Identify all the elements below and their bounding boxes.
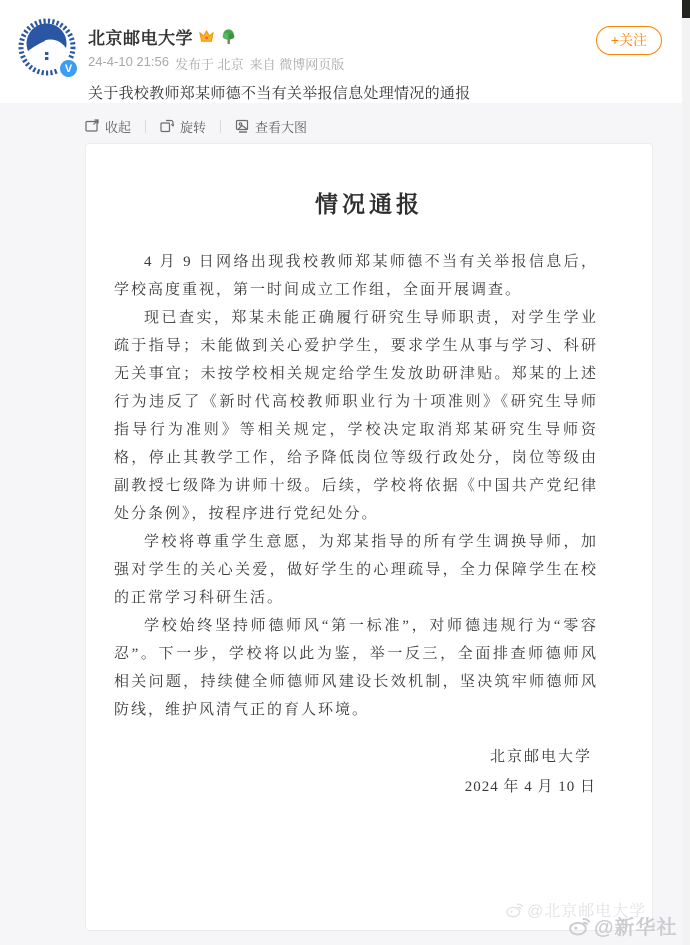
notice-signature: 北京邮电大学 <box>114 742 598 772</box>
notice-paragraph: 学校始终坚持师德师风“第一标准”，对师德违规行为“零容忍”。下一步，学校将以此为… <box>114 612 598 724</box>
verified-badge: V <box>58 58 79 79</box>
view-large-icon <box>235 119 249 133</box>
image-toolbar: 收起 旋转 查看大图 <box>85 114 307 138</box>
collapse-label: 收起 <box>105 117 131 136</box>
watermark-text: @新华社 <box>594 911 678 940</box>
post-header: V 北京邮电大学 24-4-10 21:56 发布于 北京 来自 微博网页版 +… <box>0 0 682 103</box>
notice-body: 4 月 9 日网络出现我校教师郑某师德不当有关举报信息后，学校高度重视，第一时间… <box>86 248 652 802</box>
rotate-icon <box>160 119 174 133</box>
scrollbar[interactable] <box>682 0 690 945</box>
notice-document: 情况通报 4 月 9 日网络出现我校教师郑某师德不当有关举报信息后，学校高度重视… <box>86 144 652 802</box>
notice-title: 情况通报 <box>86 190 652 220</box>
notice-paragraph: 现已查实，郑某未能正确履行研究生导师职责，对学生学业疏于指导；未能做到关心爱护学… <box>114 304 598 528</box>
rotate-button[interactable]: 旋转 <box>160 117 206 136</box>
view-large-button[interactable]: 查看大图 <box>235 117 307 136</box>
follow-button[interactable]: +关注 <box>596 26 662 55</box>
source[interactable]: 来自 微博网页版 <box>250 54 345 73</box>
notice-paragraph: 4 月 9 日网络出现我校教师郑某师德不当有关举报信息后，学校高度重视，第一时间… <box>114 248 598 304</box>
post-title: 关于我校教师郑某师德不当有关举报信息处理情况的通报 <box>88 82 471 103</box>
post-meta: 24-4-10 21:56 发布于 北京 来自 微博网页版 <box>88 54 344 73</box>
vip-crown-icon <box>198 28 215 45</box>
username[interactable]: 北京邮电大学 <box>88 24 193 49</box>
tree-badge-icon <box>220 28 237 45</box>
notice-image[interactable]: 情况通报 4 月 9 日网络出现我校教师郑某师德不当有关举报信息后，学校高度重视… <box>85 143 653 931</box>
location[interactable]: 发布于 北京 <box>175 54 244 73</box>
avatar[interactable]: V <box>18 18 76 76</box>
toolbar-divider <box>220 120 221 133</box>
collapse-button[interactable]: 收起 <box>85 117 131 136</box>
timestamp: 24-4-10 21:56 <box>88 54 169 73</box>
view-large-label: 查看大图 <box>255 117 307 136</box>
notice-paragraph: 学校将尊重学生意愿，为郑某指导的所有学生调换导师，加强对学生的关心关爱，做好学生… <box>114 528 598 612</box>
weibo-eye-icon <box>505 901 524 918</box>
scrollbar-thumb[interactable] <box>682 0 690 18</box>
username-row: 北京邮电大学 <box>88 24 237 49</box>
rotate-label: 旋转 <box>180 117 206 136</box>
weibo-eye-icon <box>568 915 591 936</box>
collapse-icon <box>85 119 99 133</box>
toolbar-divider <box>145 120 146 133</box>
watermark-xinhua: @新华社 <box>568 911 678 940</box>
notice-date: 2024 年 4 月 10 日 <box>114 772 598 802</box>
image-viewer: 收起 旋转 查看大图 <box>0 103 682 945</box>
